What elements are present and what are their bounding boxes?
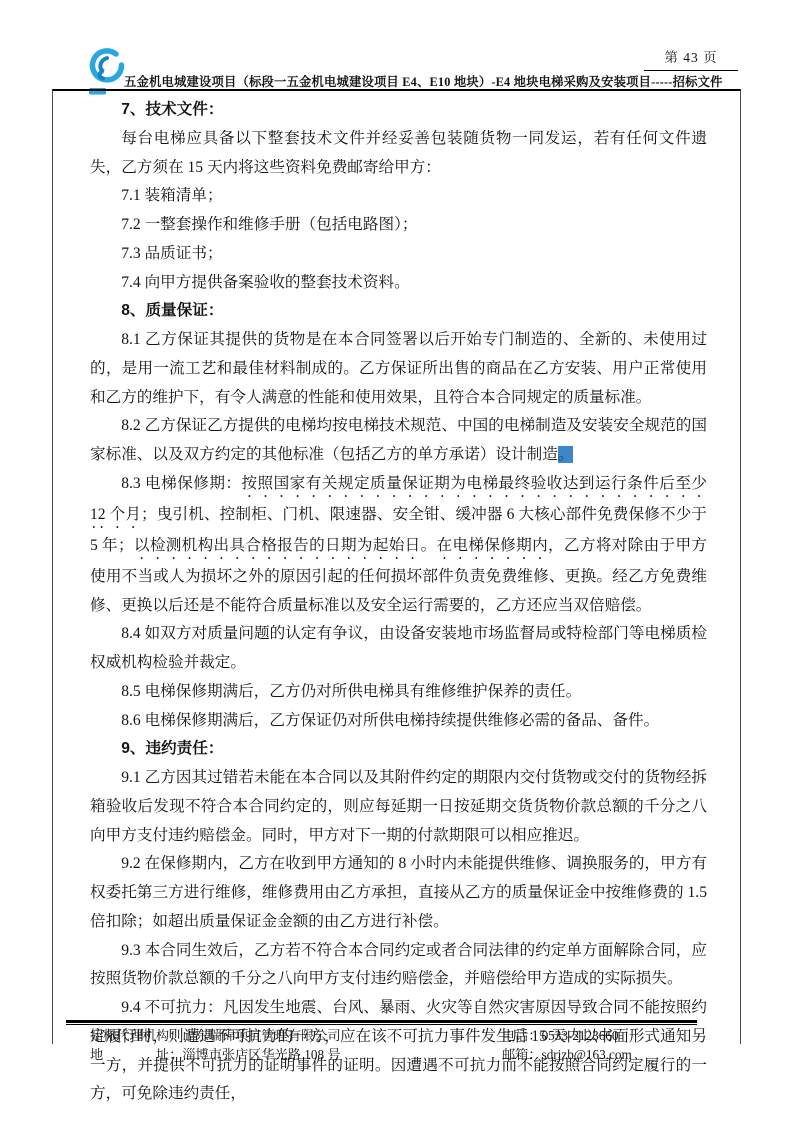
clause-9-2-text: 9.2 在保修期内，乙方在收到甲方通知的 8 小时内未能提供维修、调换服务的，甲… xyxy=(90,855,707,930)
footer-agency-value: 山东瑞锦项目管理有限公司 xyxy=(182,1028,340,1043)
clause-7-4: 7.4 向甲方提供备案验收的整套技术资料。 xyxy=(90,269,707,298)
footer-contact-block: 电话：0533-2123660 邮箱：sdrjzb@163.com xyxy=(502,1027,632,1064)
clause-8-4-text: 8.4 如双方对质量问题的认定有争议，由设备安装地市场监督局或特检部门等电梯质检… xyxy=(90,625,707,671)
clause-8-3-lead: 8.3 电梯保修期： xyxy=(121,475,241,492)
clause-7-2-text: 7.2 一整套操作和维修手册（包括电路图）； xyxy=(121,216,417,233)
page-number: 第 43 页 xyxy=(644,46,738,71)
footer-email-label: 邮箱： xyxy=(502,1047,542,1062)
page-number-label: 第 43 页 xyxy=(664,50,717,65)
clause-7-4-text: 7.4 向甲方提供备案验收的整套技术资料。 xyxy=(121,274,410,291)
clause-8-6: 8.6 电梯保修期满后，乙方保证仍对所供电梯持续提供维修必需的备品、备件。 xyxy=(90,707,707,736)
footer-email-value: sdrjzb@163.com xyxy=(542,1047,632,1062)
footer-agency-block: 招标代理机构：山东瑞锦项目管理有限公司 地 址：淄博市张店区华光路 108 号 xyxy=(90,1027,341,1064)
footer-phone-row: 电话：0533-2123660 xyxy=(502,1027,632,1046)
clause-9-1: 9.1 乙方因其过错若未能在本合同以及其附件约定的期限内交付货物或交付的货物经拆… xyxy=(90,764,707,850)
footer-agency-label: 招标代理机构： xyxy=(90,1028,182,1043)
section-7-heading-label: 7、技术文件： xyxy=(121,101,223,118)
footer-separator-thick-line xyxy=(66,1020,697,1023)
clause-8-6-text: 8.6 电梯保修期满后，乙方保证仍对所供电梯持续提供维修必需的备品、备件。 xyxy=(121,712,659,729)
footer-phone-label: 电话： xyxy=(502,1028,542,1043)
clause-9-3: 9.3 本合同生效后，乙方若不符合本合同约定或者合同法律的约定单方面解除合同，应… xyxy=(90,937,707,995)
section-8-heading: 8、质量保证： xyxy=(90,297,707,326)
clause-7-intro-text: 每台电梯应具备以下整套技术文件并经妥善包装随货物一同发运，若有任何文件遗失，乙方… xyxy=(90,130,707,176)
clause-8-2-text: 8.2 乙方保证乙方提供的电梯均按电梯技术规范、中国的电梯制造及安装安全规范的国… xyxy=(90,417,707,463)
clause-8-4: 8.4 如双方对质量问题的认定有争议，由设备安装地市场监督局或特检部门等电梯质检… xyxy=(90,620,707,678)
section-8-heading-label: 8、质量保证： xyxy=(121,302,223,319)
clause-8-3-emphasis-2: 以检测机构出具合格报告的日期为起始日。在电梯保修期内， xyxy=(134,537,564,554)
clause-8-5: 8.5 电梯保修期满后，乙方仍对所供电梯具有维修维护保养的责任。 xyxy=(90,678,707,707)
section-9-heading-label: 9、违约责任： xyxy=(121,740,223,757)
clause-7-3: 7.3 品质证书； xyxy=(90,240,707,269)
contract-body: 7、技术文件： 每台电梯应具备以下整套技术文件并经妥善包装随货物一同发运，若有任… xyxy=(90,96,707,1109)
footer-address-label: 地 址： xyxy=(90,1047,182,1062)
clause-9-3-text: 9.3 本合同生效后，乙方若不符合本合同约定或者合同法律的约定单方面解除合同，应… xyxy=(90,942,707,988)
footer-separator xyxy=(66,1020,697,1025)
clause-7-2: 7.2 一整套操作和维修手册（包括电路图）； xyxy=(90,211,707,240)
clause-8-5-text: 8.5 电梯保修期满后，乙方仍对所供电梯具有维修维护保养的责任。 xyxy=(121,683,581,700)
footer-address-row: 地 址：淄博市张店区华光路 108 号 xyxy=(90,1046,341,1065)
footer-phone-value: 0533-2123660 xyxy=(542,1028,619,1043)
clause-7-intro: 每台电梯应具备以下整套技术文件并经妥善包装随货物一同发运，若有任何文件遗失，乙方… xyxy=(90,125,707,183)
header-title: 五金机电城建设项目（标段一五金机电城建设项目 E4、E10 地块）-E4 地块电… xyxy=(124,72,724,90)
highlighted-period: 。 xyxy=(558,446,574,463)
section-9-heading: 9、违约责任： xyxy=(90,735,707,764)
clause-8-2: 8.2 乙方保证乙方提供的电梯均按电梯技术规范、中国的电梯制造及安装安全规范的国… xyxy=(90,412,707,470)
clause-8-1-text: 8.1 乙方保证其提供的货物是在本合同签署以后开始专门制造的、全新的、未使用过的… xyxy=(90,331,707,406)
footer-address-value: 淄博市张店区华光路 108 号 xyxy=(182,1047,340,1062)
clause-8-1: 8.1 乙方保证其提供的货物是在本合同签署以后开始专门制造的、全新的、未使用过的… xyxy=(90,326,707,412)
clause-7-1: 7.1 装箱清单； xyxy=(90,182,707,211)
clause-7-3-text: 7.3 品质证书； xyxy=(121,245,222,262)
clause-7-1-text: 7.1 装箱清单； xyxy=(121,187,222,204)
clause-9-2: 9.2 在保修期内，乙方在收到甲方通知的 8 小时内未能提供维修、调换服务的，甲… xyxy=(90,850,707,936)
footer-separator-thin-line xyxy=(66,1024,697,1025)
section-7-heading: 7、技术文件： xyxy=(90,96,707,125)
clause-9-1-text: 9.1 乙方因其过错若未能在本合同以及其附件约定的期限内交付货物或交付的货物经拆… xyxy=(90,769,707,844)
footer-agency-row: 招标代理机构：山东瑞锦项目管理有限公司 xyxy=(90,1027,341,1046)
footer-email-row: 邮箱：sdrjzb@163.com xyxy=(502,1046,632,1065)
document-page: 第 43 页 五金机电城建设项目（标段一五金机电城建设项目 E4、E10 地块）… xyxy=(0,0,793,1122)
clause-8-3: 8.3 电梯保修期：按照国家有关规定质量保证期为电梯最终验收达到运行条件后至少 … xyxy=(90,470,707,621)
